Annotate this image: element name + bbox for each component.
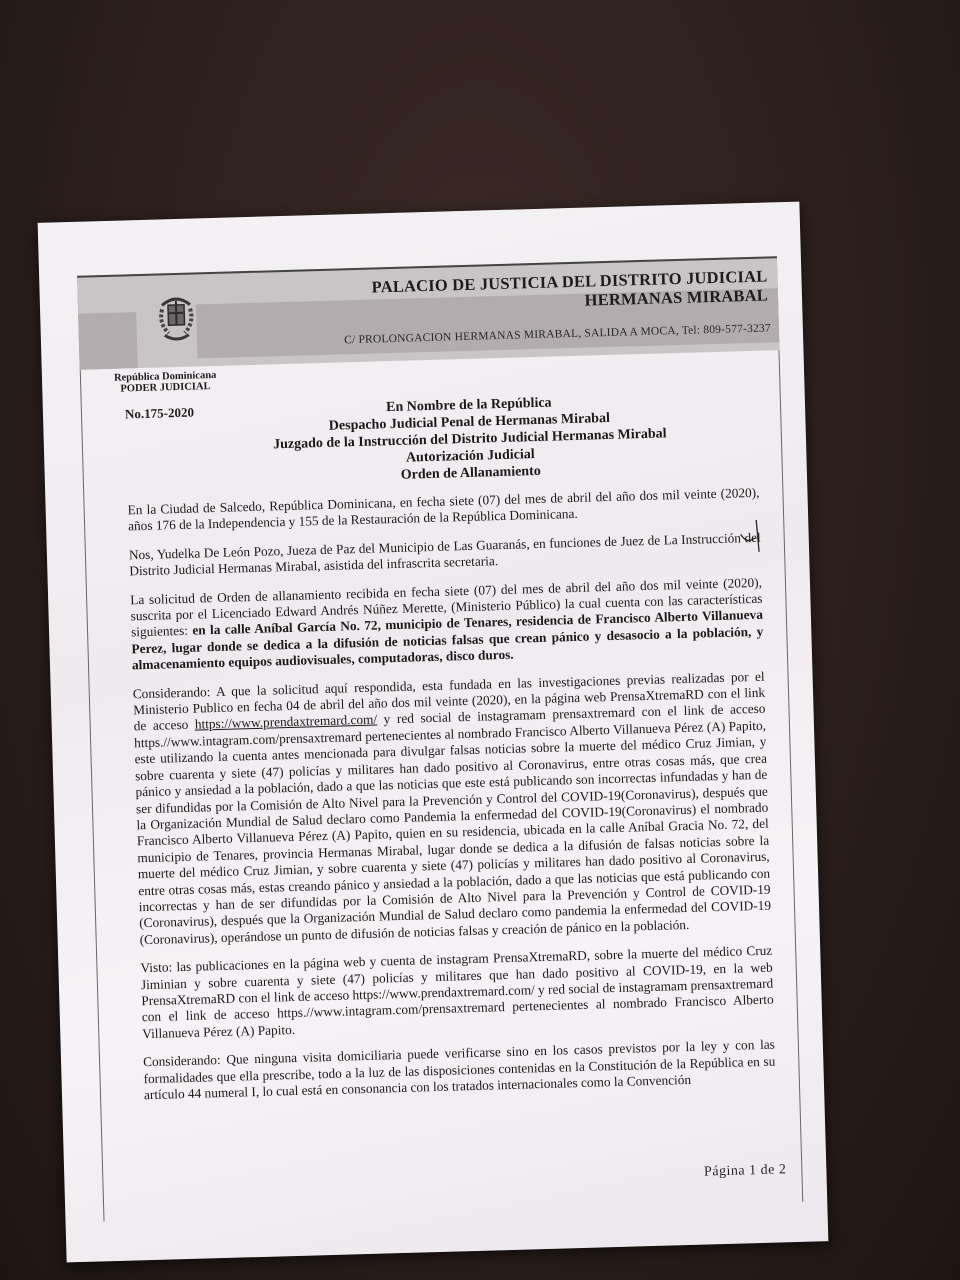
paragraph-considerando-2: Considerando: Que ninguna visita domicil… (143, 1037, 776, 1104)
letterhead: PALACIO DE JUSTICIA DEL DISTRITO JUDICIA… (77, 256, 779, 370)
considerando-text-b: y red social de instagramam prensaxtrema… (134, 701, 771, 947)
page-number: Página 1 de 2 (704, 1162, 787, 1180)
letterhead-shade-left (78, 312, 138, 370)
paragraph-request: La solicitud de Orden de allanamiento re… (130, 574, 764, 674)
coat-of-arms-icon (156, 290, 198, 351)
document-titles: En Nombre de la República Despacho Judic… (193, 389, 747, 489)
seal-caption: República Dominicana PODER JUDICIAL (114, 370, 217, 395)
paragraph-visto: Visto: las publicaciones en la página we… (140, 943, 774, 1043)
paragraph-judge: Nos, Yudelka De León Pozo, Jueza de Paz … (129, 530, 762, 580)
paragraph-considerando-1: Considerando: A que la solicitud aquí re… (133, 668, 772, 948)
case-number: No.175-2020 (125, 405, 194, 423)
document-page: PALACIO DE JUSTICIA DEL DISTRITO JUDICIA… (38, 202, 829, 1263)
document-body: En la Ciudad de Salcedo, República Domin… (127, 485, 776, 1116)
